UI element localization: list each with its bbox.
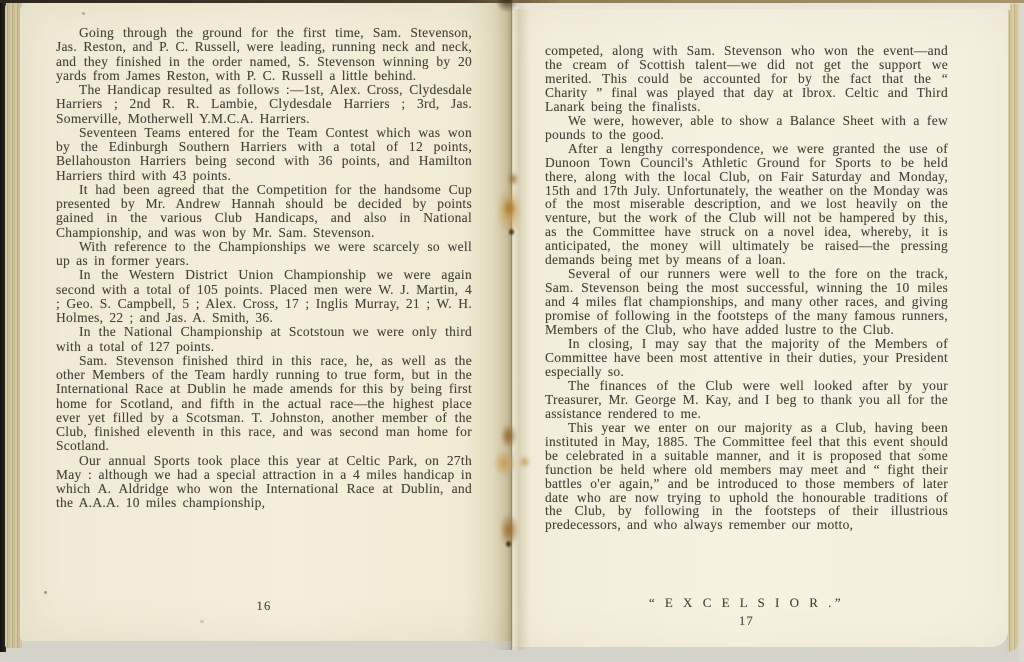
stain	[505, 540, 512, 548]
paragraph: This year we enter on our majority as a …	[545, 421, 948, 533]
gutter-crease-line	[511, 0, 512, 650]
paragraph: The Handicap resulted as follows :—1st, …	[56, 83, 472, 126]
scan-background-right	[1019, 0, 1024, 662]
gutter-top-shadow	[496, 0, 518, 12]
page-number-left: 16	[56, 599, 472, 614]
speck	[44, 591, 47, 594]
paragraph: Our annual Sports took place this year a…	[56, 454, 472, 511]
speck	[82, 12, 85, 15]
stain	[508, 228, 515, 236]
paragraph: competed, along with Sam. Stevenson who …	[545, 44, 948, 114]
speck	[200, 620, 204, 623]
paragraph: In closing, I may say that the majority …	[545, 337, 948, 379]
page-left-text: Going through the ground for the first t…	[56, 26, 472, 511]
stain	[503, 198, 516, 218]
paragraph: Seventeen Teams entered for the Team Con…	[56, 126, 472, 183]
paragraph: We were, however, able to show a Balance…	[545, 114, 948, 142]
paragraph: In the National Championship at Scotstou…	[56, 325, 472, 354]
page-number-right: 17	[545, 614, 948, 629]
paragraph: The finances of the Club were well looke…	[545, 379, 948, 421]
paragraph: With reference to the Championships we w…	[56, 240, 472, 269]
stain	[519, 456, 530, 468]
paragraph: Sam. Stevenson finished third in this ra…	[56, 354, 472, 454]
paragraph: Going through the ground for the first t…	[56, 26, 472, 83]
stain	[494, 450, 516, 476]
paragraph: In the Western District Union Championsh…	[56, 268, 472, 325]
paragraph: It had been agreed that the Competition …	[56, 183, 472, 240]
paragraph: After a lengthy correspondence, we were …	[545, 142, 948, 268]
page-right-text: competed, along with Sam. Stevenson who …	[545, 44, 948, 532]
paragraph: Several of our runners were well to the …	[545, 267, 948, 337]
club-motto: “ E X C E L S I O R .”	[545, 595, 948, 611]
book-scan: Going through the ground for the first t…	[0, 0, 1024, 662]
stain	[508, 172, 518, 186]
stain	[501, 424, 516, 448]
